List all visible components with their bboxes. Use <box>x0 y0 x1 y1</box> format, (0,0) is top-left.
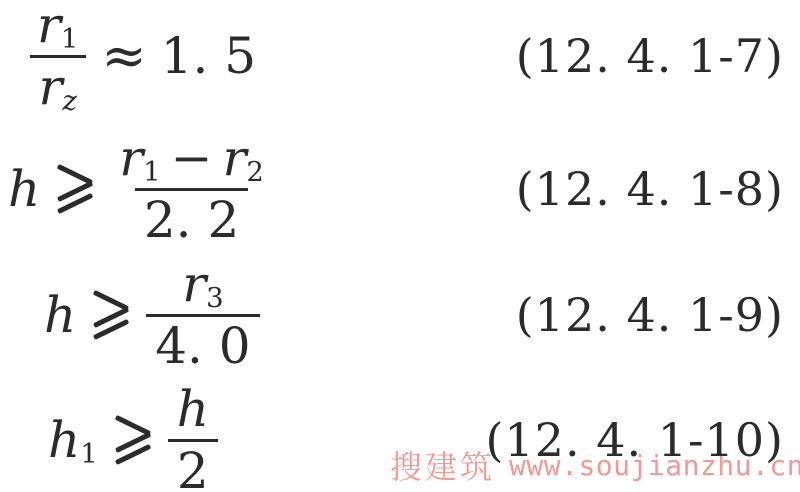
variable: h <box>44 290 76 340</box>
subscript: z <box>62 85 77 117</box>
equation-row-4: h1 h 2 (12. 4. 1-10) <box>0 392 800 488</box>
subscript: 2 <box>246 156 264 188</box>
fraction: r1 rz <box>28 0 87 112</box>
greater-equal-symbol <box>90 289 132 341</box>
equation-number: (12. 4. 1-7) <box>516 33 784 79</box>
equation-row-1: r1 rz ≈ 1. 5 (12. 4. 1-7) <box>0 2 800 110</box>
minus-symbol: − <box>171 129 213 187</box>
subscript: 1 <box>80 438 98 470</box>
subscript: 1 <box>61 23 79 55</box>
variable: r <box>223 129 247 187</box>
greater-equal-symbol <box>112 414 154 466</box>
equation-number: (12. 4. 1-9) <box>516 292 784 338</box>
fraction-denominator: 2. 2 <box>135 188 248 245</box>
equation-value: 1. 5 <box>161 31 256 81</box>
equation-number: (12. 4. 1-8) <box>516 166 784 212</box>
equation-number: (12. 4. 1-10) <box>485 417 784 463</box>
fraction-numerator: r3 <box>173 259 232 314</box>
subscript: 3 <box>206 282 224 314</box>
equation-row-3: h r3 4. 0 (12. 4. 1-9) <box>0 266 800 364</box>
subscript: 1 <box>143 156 161 188</box>
fraction-denominator: 4. 0 <box>146 314 259 371</box>
fraction: r3 4. 0 <box>146 259 259 371</box>
fraction-numerator: h <box>168 384 218 439</box>
fraction-denominator: rz <box>30 55 86 112</box>
fraction: h 2 <box>168 384 218 492</box>
fraction-numerator: r1−r2 <box>110 133 273 188</box>
variable: r <box>182 255 206 313</box>
variable: h <box>8 164 40 214</box>
document-page: 搜建筑 www.soujianzhu.cn r1 rz ≈ 1. 5 (12. … <box>0 0 800 492</box>
fraction-denominator: 2 <box>168 439 218 492</box>
variable: h <box>48 411 80 469</box>
variable: r <box>37 0 61 54</box>
variable-group: h1 <box>48 415 98 465</box>
variable: r <box>119 129 143 187</box>
approx-symbol: ≈ <box>101 29 146 83</box>
equation-row-2: h r1−r2 2. 2 (12. 4. 1-8) <box>0 138 800 240</box>
variable: r <box>39 58 63 116</box>
fraction-numerator: r1 <box>28 0 87 55</box>
greater-equal-symbol <box>54 163 96 215</box>
fraction: r1−r2 2. 2 <box>110 133 273 245</box>
